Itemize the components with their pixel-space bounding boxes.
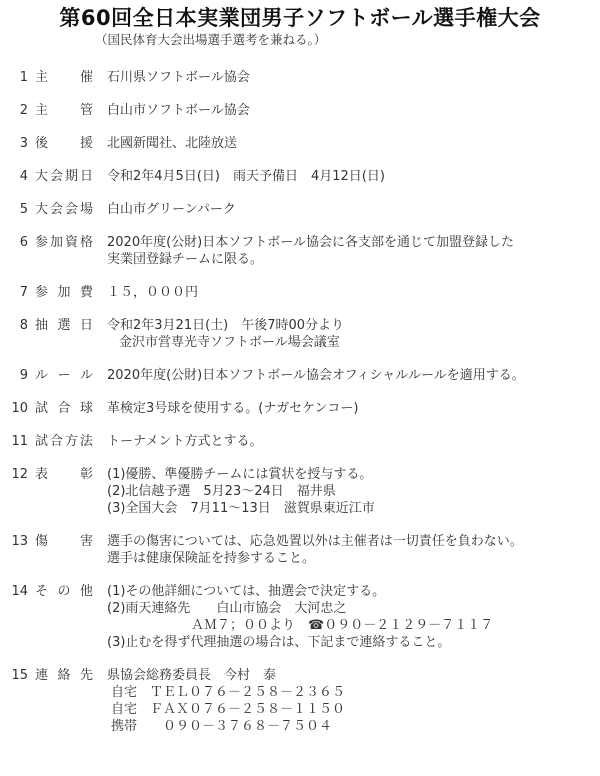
item-text: 選手は健康保険証を持参すること。 [107,550,600,567]
item-text: 白山市グリーンパーク [107,201,600,218]
item-content: １５，０００円 [107,284,600,301]
item-label: ルール [35,367,93,384]
item-content: 革検定3号球を使用する。(ナガセケンコー) [107,400,600,417]
item-number: 8 [0,317,28,334]
item-content: 2020年度(公財)日本ソフトボール協会に各支部を通じて加盟登録した 実業団登録… [107,234,600,268]
item-row-injury: 13 傷害 選手の傷害については、応急処置以外は主催者は一切責任を負わない。 選… [0,533,600,567]
item-number: 11 [0,433,28,450]
item-content: 令和2年3月21日(土) 午後7時00分より 金沢市営専光寺ソフトボール場会議室 [107,317,600,351]
item-number: 6 [0,234,28,251]
item-number: 4 [0,168,28,185]
page-title: 第60回全日本実業団男子ソフトボール選手権大会 [0,5,600,31]
item-row-eligibility: 6 参加資格 2020年度(公財)日本ソフトボール協会に各支部を通じて加盟登録し… [0,234,600,268]
item-label: 参加資格 [35,234,93,251]
item-text: 白山市ソフトボール協会 [107,102,600,119]
item-text: 選手の傷害については、応急処置以外は主催者は一切責任を負わない。 [107,533,600,550]
item-text: 金沢市営専光寺ソフトボール場会議室 [107,334,600,351]
item-row-venue: 5 大会会場 白山市グリーンパーク [0,201,600,218]
item-row-ball: 10 試合球 革検定3号球を使用する。(ナガセケンコー) [0,400,600,417]
item-text: 石川県ソフトボール協会 [107,69,600,86]
item-row-fee: 7 参加費 １５，０００円 [0,284,600,301]
item-label: 試合球 [35,400,93,417]
item-text: (1)優勝、準優勝チームには賞状を授与する。 [107,466,600,483]
item-text: トーナメント方式とする。 [107,433,600,450]
item-label: 主催 [35,69,93,86]
item-number: 1 [0,69,28,86]
item-row-format: 11 試合方法 トーナメント方式とする。 [0,433,600,450]
item-list: 1 主催 石川県ソフトボール協会 2 主管 白山市ソフトボール協会 3 後援 北… [0,69,600,735]
item-content: 令和2年4月5日(日) 雨天予備日 4月12日(日) [107,168,600,185]
tournament-announcement-document: 第60回全日本実業団男子ソフトボール選手権大会 （国民体育大会出場選手選考を兼ね… [0,0,600,735]
item-row-awards: 12 表彰 (1)優勝、準優勝チームには賞状を授与する。 (2)北信越予選 5月… [0,466,600,517]
item-content: トーナメント方式とする。 [107,433,600,450]
item-content: 県協会総務委員長 今村 泰 自宅 ＴＥＬ０７６－２５８－２３６５ 自宅 ＦＡＸ０… [107,667,600,735]
item-content: 2020年度(公財)日本ソフトボール協会オフィシャルルールを適用する。 [107,367,600,384]
item-label: 傷害 [35,533,93,550]
item-label: 主管 [35,102,93,119]
item-text: １５，０００円 [107,284,600,301]
item-content: 白山市グリーンパーク [107,201,600,218]
item-label: 連絡先 [35,667,93,684]
item-row-organizer: 1 主催 石川県ソフトボール協会 [0,69,600,86]
item-row-rules: 9 ルール 2020年度(公財)日本ソフトボール協会オフィシャルルールを適用する… [0,367,600,384]
item-number: 2 [0,102,28,119]
item-text: 革検定3号球を使用する。(ナガセケンコー) [107,400,600,417]
item-row-date: 4 大会期日 令和2年4月5日(日) 雨天予備日 4月12日(日) [0,168,600,185]
item-text: 北國新聞社、北陸放送 [107,135,600,152]
item-number: 3 [0,135,28,152]
item-content: (1)優勝、準優勝チームには賞状を授与する。 (2)北信越予選 5月23～24日… [107,466,600,517]
item-label: その他 [35,583,93,600]
item-number: 15 [0,667,28,684]
item-number: 13 [0,533,28,550]
item-row-support: 3 後援 北國新聞社、北陸放送 [0,135,600,152]
item-text: 県協会総務委員長 今村 泰 [107,667,600,684]
item-number: 14 [0,583,28,600]
item-text-fax: 自宅 ＦＡＸ０７６－２５８－１１５０ [107,701,600,718]
item-row-contact: 15 連絡先 県協会総務委員長 今村 泰 自宅 ＴＥＬ０７６－２５８－２３６５ … [0,667,600,735]
item-label: 参加費 [35,284,93,301]
item-text: (3)全国大会 7月11～13日 滋賀県東近江市 [107,500,600,517]
item-content: 選手の傷害については、応急処置以外は主催者は一切責任を負わない。 選手は健康保険… [107,533,600,567]
item-number: 12 [0,466,28,483]
item-label: 表彰 [35,466,93,483]
item-text: (1)その他詳細については、抽選会で決定する。 [107,583,600,600]
item-text: 令和2年3月21日(土) 午後7時00分より [107,317,600,334]
item-row-lottery: 8 抽選日 令和2年3月21日(土) 午後7時00分より 金沢市営専光寺ソフトボ… [0,317,600,351]
item-text: 2020年度(公財)日本ソフトボール協会に各支部を通じて加盟登録した [107,234,600,251]
item-content: 石川県ソフトボール協会 [107,69,600,86]
item-row-other: 14 その他 (1)その他詳細については、抽選会で決定する。 (2)雨天連絡先 … [0,583,600,651]
item-text: 実業団登録チームに限る。 [107,251,600,268]
item-text-tel: 自宅 ＴＥＬ０７６－２５８－２３６５ [107,684,600,701]
item-label: 大会期日 [35,168,93,185]
item-text-mobile: 携帯 ０９０－３７６８－７５０４ [107,718,600,735]
item-number: 7 [0,284,28,301]
item-content: 北國新聞社、北陸放送 [107,135,600,152]
item-content: 白山市ソフトボール協会 [107,102,600,119]
item-text: (2)雨天連絡先 白山市協会 大河忠之 [107,600,600,617]
item-number: 5 [0,201,28,218]
item-text: 令和2年4月5日(日) 雨天予備日 4月12日(日) [107,168,600,185]
item-number: 9 [0,367,28,384]
item-text-phone: ＡＭ７；００より ☎０９０－２１２９－７１１７ [107,617,600,634]
item-label: 試合方法 [35,433,93,450]
item-text: (3)止むを得ず代理抽選の場合は、下記まで連絡すること。 [107,634,600,651]
item-label: 後援 [35,135,93,152]
item-text: (2)北信越予選 5月23～24日 福井県 [107,483,600,500]
item-row-management: 2 主管 白山市ソフトボール協会 [0,102,600,119]
item-number: 10 [0,400,28,417]
item-text: 2020年度(公財)日本ソフトボール協会オフィシャルルールを適用する。 [107,367,600,384]
item-label: 抽選日 [35,317,93,334]
item-label: 大会会場 [35,201,93,218]
page-subtitle: （国民体育大会出場選手選考を兼ねる。） [95,32,600,48]
item-content: (1)その他詳細については、抽選会で決定する。 (2)雨天連絡先 白山市協会 大… [107,583,600,651]
